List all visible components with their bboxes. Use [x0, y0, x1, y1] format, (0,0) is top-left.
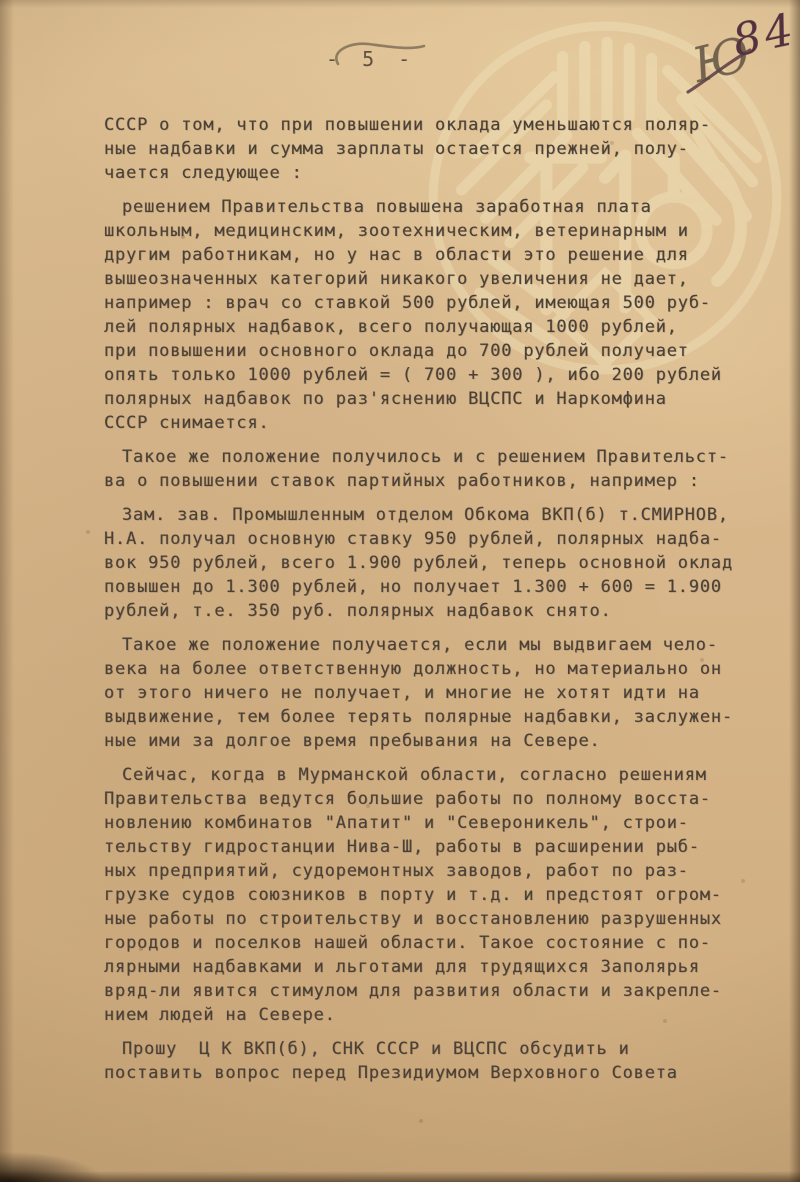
paper-corner-shadow: [0, 1130, 170, 1182]
paragraph: решением Правительства повышена заработн…: [104, 195, 764, 435]
text-line: Сейчас, когда в Мурманской области, согл…: [104, 763, 764, 787]
paper-specks: [0, 0, 2, 2]
text-line: века на более ответственную должность, н…: [104, 657, 764, 681]
paragraph: СССР о том, что при повышении оклада уме…: [104, 113, 764, 185]
text-line: ва о повышении ставок партийных работник…: [104, 469, 764, 493]
paper-edge-left-shadow: [0, 0, 14, 1182]
text-line: опять только 1000 рублей = ( 700 + 300 )…: [104, 363, 764, 387]
text-line: грузке судов союзников в порту и т.д. и …: [104, 883, 764, 907]
text-line: полярных надбавок по раз'яснению ВЦСПС и…: [104, 387, 764, 411]
page-number: - 5 -: [326, 47, 416, 71]
text-line: нием людей на Севере.: [104, 1003, 764, 1027]
text-line: другим работникам, но у нас в области эт…: [104, 243, 764, 267]
paragraph: Такое же положение получается, если мы в…: [104, 633, 764, 753]
text-line: ные надбавки и сумма зарплаты остается п…: [104, 137, 764, 161]
text-line: лей полярных надбавок, всего получающая …: [104, 315, 764, 339]
text-line: вряд-ли явится стимулом для развития обл…: [104, 979, 764, 1003]
text-line: повышен до 1.300 рублей, но получает 1.3…: [104, 575, 764, 599]
text-line: Зам. зав. Промышленным отделом Обкома ВК…: [104, 503, 764, 527]
paragraph: Прошу Ц К ВКП(б), СНК СССР и ВЦСПС обсуд…: [104, 1037, 764, 1085]
text-line: Такое же положение получается, если мы в…: [104, 633, 764, 657]
text-line: ные работы по строительству и восстановл…: [104, 907, 764, 931]
text-line: школьным, медицинским, зоотехническим, в…: [104, 219, 764, 243]
text-line: от этого ничего не получает, и многие не…: [104, 681, 764, 705]
text-line: лярными надбавками и льготами для трудящ…: [104, 955, 764, 979]
text-line: ных предприятий, судоремонтных заводов, …: [104, 859, 764, 883]
text-line: поставить вопрос перед Президиумом Верхо…: [104, 1061, 764, 1085]
paragraph: Зам. зав. Промышленным отделом Обкома ВК…: [104, 503, 764, 623]
text-line: решением Правительства повышена заработн…: [104, 195, 764, 219]
text-line: чается следующее :: [104, 161, 764, 185]
paragraph: Такое же положение получилось и с решени…: [104, 445, 764, 493]
text-line: вок 950 рублей, всего 1.900 рублей, тепе…: [104, 551, 764, 575]
paragraph: Сейчас, когда в Мурманской области, согл…: [104, 763, 764, 1027]
document-page: - 5 - Ю 84 СССР о том, что при повышении…: [0, 0, 800, 1182]
text-line: Н.А. получал основную ставку 950 рублей,…: [104, 527, 764, 551]
paper-edge-top-shadow: [0, 0, 800, 8]
text-line: городов и поселков нашей области. Такое …: [104, 931, 764, 955]
text-line: тельству гидростанции Нива-Ш, работы в р…: [104, 835, 764, 859]
text-line: СССР снимается.: [104, 411, 764, 435]
paper-edge-right-shadow: [789, 0, 800, 1182]
text-line: Прошу Ц К ВКП(б), СНК СССР и ВЦСПС обсуд…: [104, 1037, 764, 1061]
text-line: ные ими за долгое время пребывания на Се…: [104, 729, 764, 753]
document-text-body: СССР о том, что при повышении оклада уме…: [104, 113, 764, 1085]
text-line: выдвижение, тем более терять полярные на…: [104, 705, 764, 729]
text-line: при повышении основного оклада до 700 ру…: [104, 339, 764, 363]
text-line: СССР о том, что при повышении оклада уме…: [104, 113, 764, 137]
text-line: Правительства ведутся большие работы по …: [104, 787, 764, 811]
text-line: новлению комбинатов "Апатит" и "Северони…: [104, 811, 764, 835]
text-line: вышеозначенных категорий никакого увелич…: [104, 267, 764, 291]
text-line: например : врач со ставкой 500 рублей, и…: [104, 291, 764, 315]
text-line: рублей, т.е. 350 руб. полярных надбавок …: [104, 599, 764, 623]
text-line: Такое же положение получилось и с решени…: [104, 445, 764, 469]
